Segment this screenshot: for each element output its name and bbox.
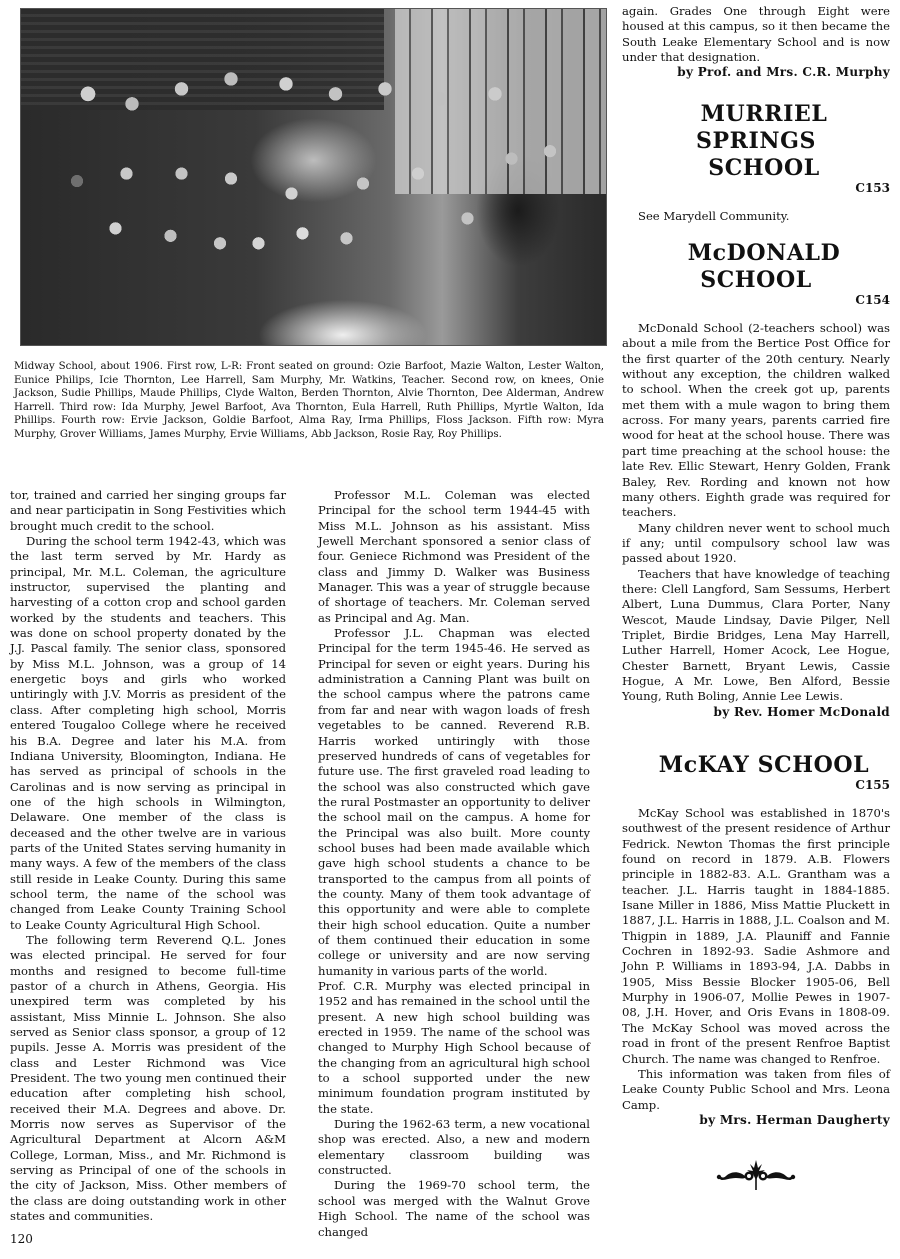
paragraph: McKay School was established in 1870's s… bbox=[622, 806, 890, 1067]
paragraph: During the 1962-63 term, a new vocationa… bbox=[318, 1117, 590, 1178]
school-group-photo bbox=[20, 8, 607, 346]
section-mckay: McKAY SCHOOL C155 McKay School was estab… bbox=[622, 752, 890, 1128]
section-murriel-springs: MURRIEL SPRINGS SCHOOL C153 See Marydell… bbox=[622, 101, 890, 224]
paragraph: Teachers that have knowledge of teaching… bbox=[622, 567, 890, 705]
section-code: C154 bbox=[622, 294, 890, 307]
paragraph: Many children never went to school much … bbox=[622, 521, 890, 567]
section-title: McDONALD SCHOOL bbox=[622, 240, 890, 294]
section-mcdonald: McDONALD SCHOOL C154 McDonald School (2-… bbox=[622, 240, 890, 720]
fleuron-ornament-icon bbox=[622, 1158, 890, 1196]
section-title-line2: SCHOOL bbox=[622, 155, 890, 182]
section-code: C155 bbox=[622, 779, 890, 792]
paragraph: During the school term 1942-43, which wa… bbox=[10, 534, 286, 933]
paragraph: The following term Reverend Q.L. Jones w… bbox=[10, 933, 286, 1225]
page-number: 120 bbox=[10, 1232, 33, 1246]
section-title: McKAY SCHOOL bbox=[622, 752, 890, 779]
photo-students bbox=[33, 69, 583, 318]
paragraph: Professor M.L. Coleman was elected Princ… bbox=[318, 488, 590, 626]
paragraph: This information was taken from files of… bbox=[622, 1067, 890, 1113]
section-title: MURRIEL SPRINGS bbox=[622, 101, 890, 155]
middle-column: Professor M.L. Coleman was elected Princ… bbox=[318, 488, 590, 1240]
paragraph: tor, trained and carried her singing gro… bbox=[10, 488, 286, 534]
photo-caption: Midway School, about 1906. First row, L-… bbox=[14, 360, 604, 442]
paragraph: See Marydell Community. bbox=[622, 209, 890, 224]
byline: by Prof. and Mrs. C.R. Murphy bbox=[622, 65, 890, 80]
paragraph: McDonald School (2-teachers school) was … bbox=[622, 321, 890, 520]
paragraph: Professor J.L. Chapman was elected Princ… bbox=[318, 626, 590, 979]
left-column: tor, trained and carried her singing gro… bbox=[10, 488, 286, 1225]
section-code: C153 bbox=[622, 182, 890, 195]
paragraph: During the 1969-70 school term, the scho… bbox=[318, 1178, 590, 1239]
right-column: again. Grades One through Eight were hou… bbox=[622, 4, 890, 1197]
paragraph: Prof. C.R. Murphy was elected principal … bbox=[318, 979, 590, 1117]
continuation-paragraph: again. Grades One through Eight were hou… bbox=[622, 4, 890, 65]
byline: by Mrs. Herman Daugherty bbox=[622, 1113, 890, 1128]
byline: by Rev. Homer McDonald bbox=[622, 705, 890, 720]
